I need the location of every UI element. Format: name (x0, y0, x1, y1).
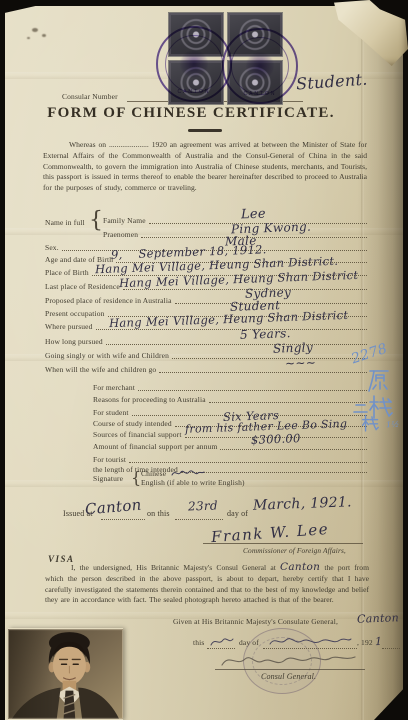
field-row-reasons: Reasons for proceeding to Australia (93, 392, 369, 404)
dotted-line (138, 388, 367, 391)
stain-speck (42, 34, 46, 37)
dotted-line (220, 447, 367, 450)
field-row-where-pursued: Where pursued Hang Mei Village, Heung Sh… (45, 319, 369, 331)
field-value: Singly (273, 340, 313, 355)
visa-this-label: this (193, 638, 204, 647)
consular-number-label: Consular Number (62, 92, 118, 101)
field-label: When will the wife and children go (45, 365, 156, 374)
field-value-scrawl: ~~~ (285, 355, 317, 370)
visa-day-of-label: day of (239, 638, 259, 647)
chinese-annotation-er (353, 400, 368, 415)
signature-brace: { (131, 468, 141, 487)
consul-general-title: Consul General. (261, 672, 316, 681)
illegible-month-scrawl (267, 634, 353, 648)
consul-signature-scrawl (219, 651, 359, 671)
family-name-label: Family Name (103, 216, 146, 225)
praenomen-label: Praenomen (103, 230, 138, 239)
field-label: Place of Birth (45, 268, 89, 277)
field-row-how-long: How long pursued 5 Years. (45, 334, 369, 346)
illegible-day-scrawl (209, 636, 235, 648)
field-label: How long pursued (45, 337, 103, 346)
commissioner-title: Commissioner of Foreign Affairs, (243, 546, 346, 555)
chinese-signature-scribble (171, 468, 205, 478)
field-row-for-merchant: For merchant (93, 380, 369, 392)
stain-speck (27, 37, 30, 39)
field-value: $300.00 (251, 431, 301, 447)
field-label: Amount of financial support per annum (93, 442, 217, 451)
field-row-going-singly: Going singly or with wife and Children S… (45, 348, 369, 360)
signature-underline (203, 543, 363, 544)
preamble-paragraph: Whereas on ..................... 1920 an… (43, 140, 367, 194)
signature-english-label: English (if able to write English) (141, 478, 245, 487)
dotted-line (101, 518, 145, 520)
field-label: For merchant (93, 383, 135, 392)
dotted-line (159, 370, 367, 373)
margin-small-mark: 1½ (386, 420, 400, 429)
handwritten-student-annotation: Student. (295, 70, 368, 94)
dotted-line (106, 342, 367, 345)
bearer-photo (8, 628, 123, 720)
field-row-proposed-residence: Proposed place of residence in Australia… (45, 293, 369, 305)
signature-chinese-label: Chinese (141, 469, 166, 478)
field-label: Sex. (45, 243, 59, 252)
visa-paragraph: I, the undersigned, His Britannic Majest… (45, 562, 369, 606)
dotted-line (175, 518, 223, 520)
issued-place-value: Canton (84, 496, 142, 519)
field-row-when-wife-go: When will the wife and children go ~~~ (45, 362, 369, 374)
consul-signature-line (215, 669, 365, 670)
name-in-full-label: Name in full (45, 218, 85, 227)
signature-label: Signature (93, 474, 123, 483)
issued-day-value: 23rd (188, 498, 218, 513)
on-this-label: on this (147, 509, 170, 518)
dotted-line (209, 400, 367, 403)
title-divider (188, 129, 222, 132)
given-place-value: Canton (357, 611, 399, 625)
field-label: Reasons for proceeding to Australia (93, 395, 206, 404)
field-label: Last place of Residence (45, 282, 120, 291)
visa-year-label: , 192 (357, 638, 373, 647)
dotted-line (181, 470, 367, 473)
field-label: Proposed place of residence in Australia (45, 296, 172, 305)
field-label: Present occupation (45, 309, 105, 318)
chinese-annotation-yuan (367, 368, 390, 393)
given-at-label: Given at His Britannic Majesty's Consula… (173, 617, 338, 626)
cancellation-town-label: CANTON (224, 91, 296, 97)
dotted-line (382, 647, 400, 649)
stain-speck (32, 28, 38, 32)
field-value: 5 Years. (240, 326, 291, 342)
field-row-financial-support: Sources of financial support from his fa… (93, 427, 369, 439)
cancellation-town-label: CANTON (158, 89, 230, 95)
scanned-certificate-page: Consular Number CANTON CANTON Student. F… (0, 0, 408, 720)
name-brace: { (89, 208, 103, 233)
day-of-label: day of (227, 509, 248, 518)
field-label: Going singly or with wife and Children (45, 351, 169, 360)
field-row-last-residence: Last place of Residence Hang Mei Village… (45, 279, 369, 291)
dotted-line (172, 356, 367, 359)
certificate-paper: Consular Number CANTON CANTON Student. F… (5, 6, 403, 720)
page-title: FORM OF CHINESE CERTIFICATE. (5, 105, 377, 122)
visa-body-prefix: I, the undersigned, His Britannic Majest… (71, 563, 276, 572)
issued-date-value: March, 1921. (253, 494, 352, 513)
field-row-support-amount: Amount of financial support per annum $3… (93, 439, 369, 451)
visa-port-value: Canton (280, 561, 320, 573)
chinese-annotation-zhan-small (362, 414, 379, 433)
field-label: Sources of financial support (93, 430, 182, 439)
family-name-value: Lee (241, 207, 266, 223)
field-label: Where pursued (45, 322, 93, 331)
cancellation-stamp: CANTON (222, 28, 298, 104)
cancellation-stamp: CANTON (156, 26, 232, 102)
